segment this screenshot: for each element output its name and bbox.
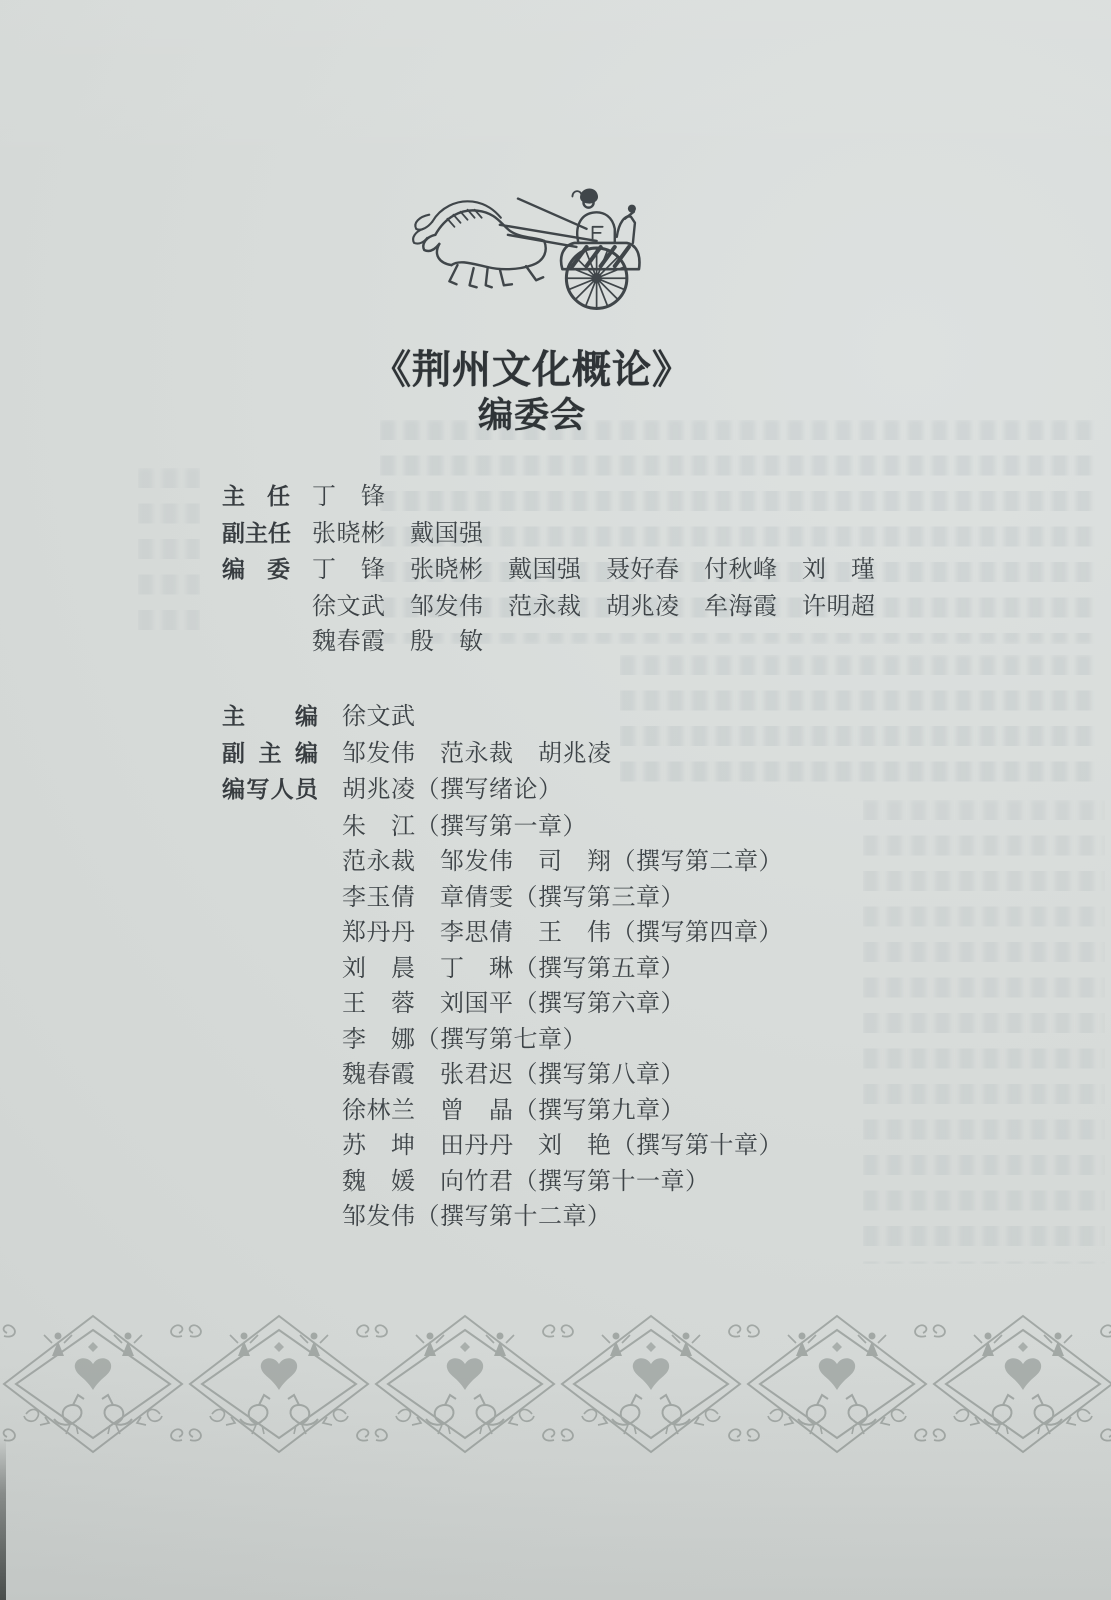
- row-names: 刘 晨 丁 琳（撰写第五章）: [342, 954, 685, 982]
- name-list-row: 魏春霞 张君迟（撰写第八章）: [222, 1057, 783, 1093]
- page-subtitle: 编委会: [0, 394, 1064, 438]
- row-names: 范永裁 邹发伟 司 翔（撰写第二章）: [342, 847, 783, 875]
- row-names: 魏春霞 殷 敏: [312, 627, 484, 655]
- name-list-row: 副主编邹发伟 范永裁 胡兆凌: [222, 736, 783, 773]
- row-names: 丁 锋: [312, 482, 386, 510]
- name-list-row: 李 娜（撰写第七章）: [222, 1022, 783, 1058]
- row-label: 主任: [222, 480, 290, 516]
- name-list-row: 副主任张晓彬 戴国强: [222, 516, 876, 553]
- row-label: 主编: [222, 700, 318, 736]
- book-title-block: 《荆州文化概论》 编委会: [0, 347, 1064, 438]
- page-title: 《荆州文化概论》: [0, 347, 1064, 394]
- row-names: 朱 江（撰写第一章）: [342, 812, 587, 840]
- row-names: 王 蓉 刘国平（撰写第六章）: [342, 989, 685, 1017]
- chariot-line-art-svg: [399, 184, 643, 318]
- row-names: 徐林兰 曾 晶（撰写第九章）: [342, 1096, 685, 1124]
- row-names: 郑丹丹 李思倩 王 伟（撰写第四章）: [342, 918, 783, 946]
- name-list-row: 邹发伟（撰写第十二章）: [222, 1199, 783, 1235]
- committee-list: 主任丁 锋副主任张晓彬 戴国强编委丁 锋 张晓彬 戴国强 聂好春 付秋峰 刘 瑾…: [222, 479, 876, 660]
- row-names: 魏 媛 向竹君（撰写第十一章）: [342, 1167, 710, 1195]
- name-list-row: 李玉倩 章倩雯（撰写第三章）: [222, 880, 783, 916]
- row-label: 编写人员: [222, 773, 318, 809]
- row-names: 苏 坤 田丹丹 刘 艳（撰写第十章）: [342, 1131, 783, 1159]
- name-list-row: 苏 坤 田丹丹 刘 艳（撰写第十章）: [222, 1128, 783, 1164]
- row-names: 胡兆凌（撰写绪论）: [342, 775, 563, 803]
- name-list-row: 主任丁 锋: [222, 479, 876, 516]
- name-list-row: 魏 媛 向竹君（撰写第十一章）: [222, 1164, 783, 1200]
- name-list-row: 王 蓉 刘国平（撰写第六章）: [222, 986, 783, 1022]
- name-list-row: 编写人员胡兆凌（撰写绪论）: [222, 772, 783, 809]
- row-names: 邹发伟（撰写第十二章）: [342, 1202, 612, 1230]
- row-names: 李玉倩 章倩雯（撰写第三章）: [342, 883, 685, 911]
- name-list-row: 范永裁 邹发伟 司 翔（撰写第二章）: [222, 844, 783, 880]
- row-names: 丁 锋 张晓彬 戴国强 聂好春 付秋峰 刘 瑾: [312, 555, 876, 583]
- name-list-row: 编委丁 锋 张晓彬 戴国强 聂好春 付秋峰 刘 瑾: [222, 552, 876, 589]
- row-names: 邹发伟 范永裁 胡兆凌: [342, 739, 612, 767]
- scanned-book-page: 《荆州文化概论》 编委会 主任丁 锋副主任张晓彬 戴国强编委丁 锋 张晓彬 戴国…: [0, 0, 1111, 1600]
- name-list-row: 徐文武 邹发伟 范永裁 胡兆凌 牟海霞 许明超: [222, 589, 876, 625]
- row-label: 编委: [222, 553, 290, 589]
- name-list-row: 魏春霞 殷 敏: [222, 624, 876, 660]
- row-label: 副主任: [222, 517, 290, 553]
- editors-list: 主编徐文武副主编邹发伟 范永裁 胡兆凌编写人员胡兆凌（撰写绪论）朱 江（撰写第一…: [222, 699, 783, 1235]
- footer-pattern-band: [0, 1312, 1111, 1454]
- bleedthrough-ghost-text: [863, 800, 1105, 1264]
- chariot-illustration: [399, 184, 643, 318]
- name-list-row: 徐林兰 曾 晶（撰写第九章）: [222, 1093, 783, 1129]
- name-list-row: 刘 晨 丁 琳（撰写第五章）: [222, 951, 783, 987]
- name-list-row: 主编徐文武: [222, 699, 783, 736]
- row-names: 李 娜（撰写第七章）: [342, 1025, 587, 1053]
- name-list-row: 郑丹丹 李思倩 王 伟（撰写第四章）: [222, 915, 783, 951]
- page-edge-shadow: [0, 1436, 6, 1600]
- row-names: 徐文武: [342, 702, 416, 730]
- row-names: 魏春霞 张君迟（撰写第八章）: [342, 1060, 685, 1088]
- row-names: 张晓彬 戴国强: [312, 519, 484, 547]
- row-label: 副主编: [222, 737, 318, 773]
- row-names: 徐文武 邹发伟 范永裁 胡兆凌 牟海霞 许明超: [312, 592, 876, 620]
- bleedthrough-ghost-text: [138, 468, 200, 640]
- name-list-row: 朱 江（撰写第一章）: [222, 809, 783, 845]
